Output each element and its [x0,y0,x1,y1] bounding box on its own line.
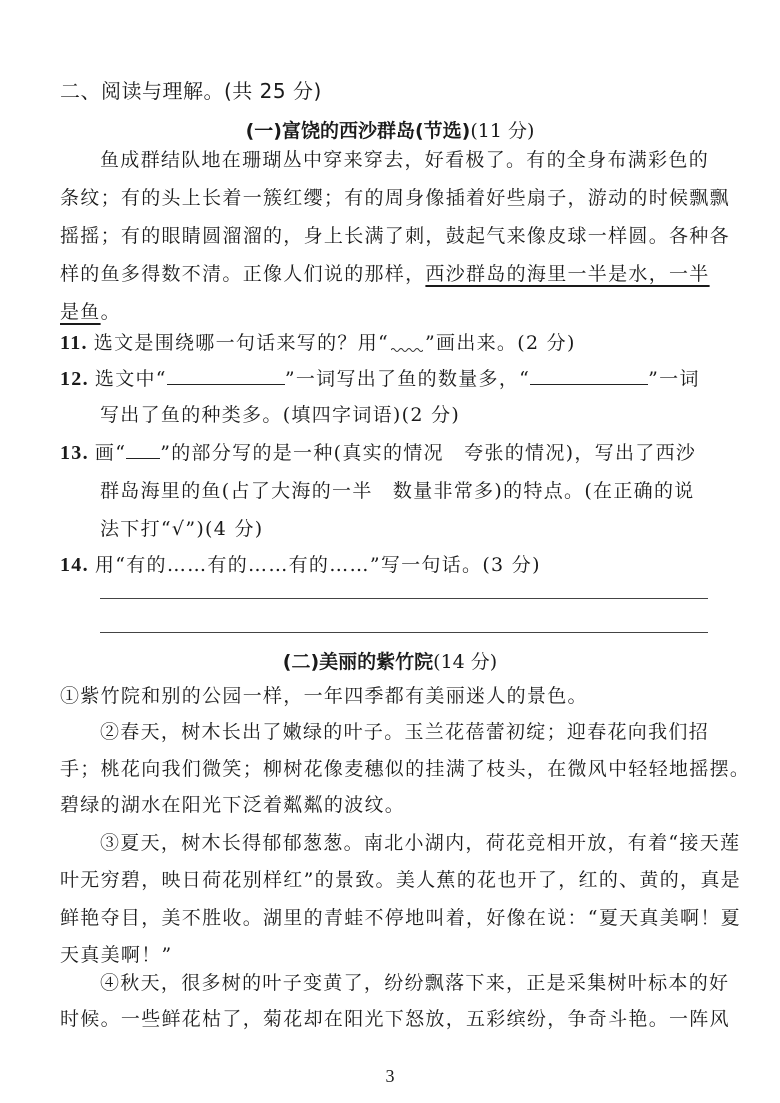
question-number: 14. [60,554,89,576]
question-13: 13.画“”的部分写的是一种(真实的情况 夸张的情况)，写出了西沙 [60,440,710,466]
question-text: 选文是围绕哪一句话来写的？用“ [94,332,389,354]
passage1-line: 是鱼。 [60,299,710,325]
passage1-title: (一)富饶的西沙群岛(节选)(11 分) [0,118,780,144]
straight-underline-sample [126,440,160,459]
passage2-line: ④秋天，很多树的叶子变黄了，纷纷飘落下来，正是采集树叶标本的好 [100,970,710,996]
passage2-line: 鲜艳夺目，美不胜收。湖里的青蛙不停地叫着，好像在说：“夏天真美啊！夏 [60,905,710,931]
passage2-line: 手；桃花向我们微笑；柳树花像麦穗似的挂满了枝头，在微风中轻轻地摇摆。 [60,756,710,782]
passage2-paragraph-1: ①紫竹院和别的公园一样，一年四季都有美丽迷人的景色。 [60,683,710,709]
passage2-line: ②春天，树木长出了嫩绿的叶子。玉兰花蓓蕾初绽；迎春花向我们招 [100,719,710,745]
section-title: 二、阅读与理解。(共 25 分) [60,78,322,104]
exam-page: 二、阅读与理解。(共 25 分) (一)富饶的西沙群岛(节选)(11 分) 鱼成… [0,0,780,1103]
question-14: 14.用“有的……有的……有的……”写一句话。(3 分) [60,552,710,578]
question-13-line2: 群岛海里的鱼(占了大海的一半 数量非常多)的特点。(在正确的说 [100,478,710,504]
question-13-line3: 法下打“√”)(4 分) [100,516,710,542]
passage1-line: 摇摇；有的眼睛圆溜溜的，身上长满了刺，鼓起气来像皮球一样圆。各种各 [60,223,710,249]
passage1-line: 条纹；有的头上长着一簇红缨；有的周身像插着好些扇子，游动的时候飘飘 [60,185,710,211]
question-text: 选文中“ [95,368,167,390]
passage1-title-text: (一)富饶的西沙群岛(节选) [246,120,471,142]
passage2-title-text: (二)美丽的紫竹院 [283,651,433,673]
question-text: ”的部分写的是一种(真实的情况 夸张的情况)，写出了西沙 [160,442,696,464]
passage1-line: 样的鱼多得数不清。正像人们说的那样，西沙群岛的海里一半是水，一半 [60,261,710,287]
question-number: 12. [60,368,89,390]
question-text: ”画出来。(2 分) [425,332,576,354]
passage1-points: (11 分) [470,120,534,142]
question-text: 画“ [95,442,126,464]
question-number: 13. [60,442,89,464]
question-text: 用“有的……有的……有的……”写一句话。(3 分) [95,554,541,576]
question-12: 12.选文中“”一词写出了鱼的数量多，“”一词 [60,366,710,392]
passage2-points: (14 分) [433,651,497,673]
underlined-sentence: 西沙群岛的海里一半是水，一半 [425,263,709,285]
passage2-line: 时候。一些鲜花枯了，菊花却在阳光下怒放，五彩缤纷，争奇斗艳。一阵风 [60,1006,710,1032]
answer-line-1[interactable] [100,598,708,599]
page-number: 3 [0,1066,780,1087]
passage2-line: 碧绿的湖水在阳光下泛着粼粼的波纹。 [60,792,710,818]
question-number: 11. [60,332,88,354]
question-text: ”一词写出了鱼的数量多，“ [285,368,530,390]
passage2-line: 天真美啊！” [60,942,710,968]
question-text: ”一词 [648,368,700,390]
passage2-title: (二)美丽的紫竹院(14 分) [0,649,780,675]
passage1-period: 。 [101,301,121,323]
passage2-line: 叶无穷碧，映日荷花别样红”的景致。美人蕉的花也开了，红的、黄的，真是 [60,867,710,893]
question-11: 11.选文是围绕哪一句话来写的？用“”画出来。(2 分) [60,330,710,356]
wavy-underline-icon [389,331,425,349]
answer-blank[interactable] [167,366,285,385]
answer-line-2[interactable] [100,632,708,633]
passage2-line: ③夏天，树木长得郁郁葱葱。南北小湖内，荷花竞相开放，有着“接天莲 [100,830,710,856]
question-12-line2: 写出了鱼的种类多。(填四字词语)(2 分) [100,402,710,428]
passage1-line: 鱼成群结队地在珊瑚丛中穿来穿去，好看极了。有的全身布满彩色的 [100,147,710,173]
answer-blank[interactable] [530,366,648,385]
passage1-text: 样的鱼多得数不清。正像人们说的那样， [60,263,425,285]
underlined-sentence-end: 是鱼 [60,301,101,323]
